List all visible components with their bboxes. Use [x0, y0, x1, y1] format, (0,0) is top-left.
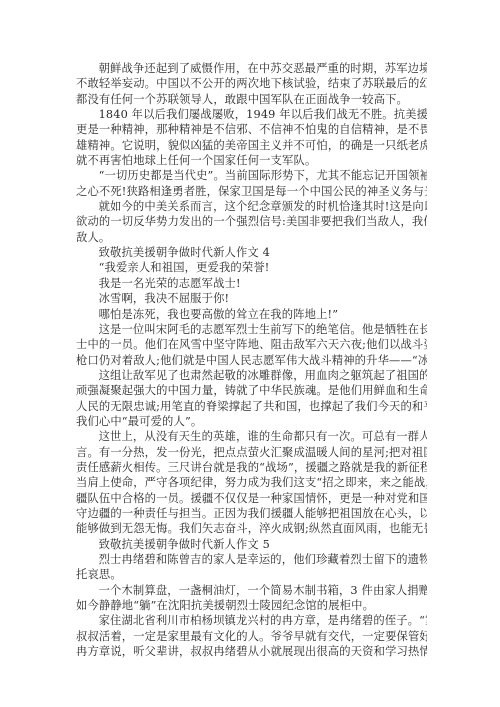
text-line: 更是一种精神，那种精神是不信邪、不信神不怕鬼的自信精神，是不畏强暴、敢于亮剑的英 — [76, 122, 427, 137]
text-line: 这世上，从没有天生的英雄，谁的生命都只有一次。可总有一群人，从未辜负自己的誓 — [76, 429, 427, 444]
section-title: 致敬抗美援朝争做时代新人作文 5 — [76, 537, 427, 552]
paragraph: 这世上，从没有天生的英雄，谁的生命都只有一次。可总有一群人，从未辜负自己的誓言。… — [76, 429, 427, 536]
text-line: “我爱亲人和祖国，更爱我的荣誉! — [99, 260, 427, 275]
text-line: 人民的无限忠诚;用笔直的脊梁撑起了共和国，也撑起了我们今天的和平与安宁。他们就是 — [76, 399, 427, 414]
text-line: 烈士冉绪碧和陈曾吉的家人是幸运的，他们珍藏着烈士留下的遗物，可以睹物思人，寄 — [76, 552, 427, 567]
text-line: 责任感薪火相传。三尺讲台就是我的“战场”，援疆之路就是我的新征程。秉承援疆初心，… — [76, 460, 427, 475]
text-line: 就如今的中美关系而言，这个纪念章颁发的时机恰逢其时!这是向以美国为首的、蠢蠢 — [76, 199, 427, 214]
text-line: 朝鲜战争还起到了威慑作用，在中苏交恶最严重的时期，苏军边境陈兵百万中苏境，都 — [76, 61, 427, 76]
paragraph: 就如今的中美关系而言，这个纪念章颁发的时机恰逢其时!这是向以美国为首的、蠢蠢欲动… — [76, 199, 427, 245]
text-line: 叔叔活着，一定是家里最有文化的人。爷爷早就有交代，一定要保管好叔叔的这 3 件遗… — [76, 629, 427, 644]
text-line: 家住湖北省利川市柏杨坝镇龙兴村的冉方章，是冉绪碧的侄子。“家里老人都说，如果 — [76, 613, 427, 628]
section-title: 致敬抗美援朝争做时代新人作文 4 — [76, 245, 427, 260]
text-line: 守边疆的一种责任与担当。正因为我们援疆人能够把祖国放在心头，以祖国的利益为重，才 — [76, 506, 427, 521]
text-line: 士中的一员。他们在风雪中坚守阵地、阻击敌军六天六夜;他们以战斗姿势冻死在战壕里， — [76, 337, 427, 352]
text-line: 不敢轻举妄动。中国以不公开的两次地下核试验，结束了苏联最后的幻想。直到前苏联解体… — [76, 76, 427, 91]
text-line: 雄精神。它说明，貌似凶猛的美帝国主义并不可怕，的确是一只纸老虎。中国人从那时开始… — [76, 138, 427, 153]
text-line: 如今静静地“躺”在沈阳抗美援朝烈士陵园纪念馆的展柜中。 — [76, 598, 427, 613]
text-line: 能够做到无怨无悔。我们矢志奋斗，淬火成钢;纵然直面风雨，也能无畏坚强! — [76, 521, 427, 536]
document-page: 朝鲜战争还起到了威慑作用，在中苏交恶最严重的时期，苏军边境陈兵百万中苏境，都不敢… — [76, 61, 427, 659]
text-line: 托哀思。 — [76, 567, 427, 582]
text-line: 这是一位叫宋阿毛的志愿军烈士生前写下的绝笔信。他是牺牲在长津湖战场上 129 名… — [76, 322, 427, 337]
paragraph: 烈士冉绪碧和陈曾吉的家人是幸运的，他们珍藏着烈士留下的遗物，可以睹物思人，寄托哀… — [76, 552, 427, 583]
text-line: 我们心中“最可爱的人”。 — [76, 414, 427, 429]
text-line: 致敬抗美援朝争做时代新人作文 5 — [99, 537, 427, 552]
text-line: 枪口仍对着敌人;他们就是中国人民志愿军伟大战斗精神的升华——“冰雕连”! — [76, 353, 427, 368]
text-line: 当肩上使命，严守各项纪律，努力成为我们这支“招之即来，来之能战，战之能胜”的本溪… — [76, 475, 427, 490]
paragraph: 家住湖北省利川市柏杨坝镇龙兴村的冉方章，是冉绪碧的侄子。“家里老人都说，如果叔叔… — [76, 613, 427, 659]
text-line: 敌人。 — [76, 230, 427, 245]
paragraph: 朝鲜战争还起到了威慑作用，在中苏交恶最严重的时期，苏军边境陈兵百万中苏境，都不敢… — [76, 61, 427, 107]
text-line: 1840 年以后我们屡战屡败，1949 年以后我们战无不胜。抗美援朝不仅仅是一场… — [76, 107, 427, 122]
text-line: “一切历史都是当代史”。当前国际形势下，尤其不能忘记开国领袖的话:帝国主义亡我 — [76, 168, 427, 183]
paragraph: 这组让敌军见了也肃然起敬的冰雕群像，用血肉之躯筑起了祖国的钢铁长城;用坚毅与顽强… — [76, 368, 427, 429]
text-line: 我是一名光荣的志愿军战士! — [99, 276, 427, 291]
paragraph: 这是一位叫宋阿毛的志愿军烈士生前写下的绝笔信。他是牺牲在长津湖战场上 129 名… — [76, 322, 427, 368]
paragraph: 一个木制算盘，一盏桐油灯，一个简易木制书箱，3 件由家人捐赠的冉绪碧烈士的遗物，… — [76, 583, 427, 614]
text-line: 冉方章说，听父辈讲，叔叔冉绪碧从小就展现出很高的天资和学习热情。为支持他读书，在 — [76, 644, 427, 659]
text-line: 这组让敌军见了也肃然起敬的冰雕群像，用血肉之躯筑起了祖国的钢铁长城;用坚毅与 — [76, 368, 427, 383]
text-line: 致敬抗美援朝争做时代新人作文 4 — [99, 245, 427, 260]
text-line: 就不再害怕地球上任何一个国家任何一支军队。 — [76, 153, 427, 168]
paragraph: 1840 年以后我们屡战屡败，1949 年以后我们战无不胜。抗美援朝不仅仅是一场… — [76, 107, 427, 168]
text-line: 欲动的一切反华势力发出的一个强烈信号:美国非要把我们当敌人，我们一定要做个合格的 — [76, 214, 427, 229]
text-line: 之心不死!狭路相逢勇者胜，保家卫国是每一个中国公民的神圣义务与光荣使命! — [76, 184, 427, 199]
text-line: 顽强凝聚起强大的中国力量，铸就了中华民族魂。是他们用鲜血和生命证实了自己对祖国和 — [76, 383, 427, 398]
text-line: 都没有任何一个苏联领导人，敢跟中国军队在正面战争一较高下。 — [76, 92, 427, 107]
text-line: 言。有一分热，发一份光，把点点萤火汇聚成温暖人间的星河;把对祖国和人民的使命感、 — [76, 445, 427, 460]
text-line: 冰雪啊，我决不屈服于你! — [99, 291, 427, 306]
paragraph: “一切历史都是当代史”。当前国际形势下，尤其不能忘记开国领袖的话:帝国主义亡我之… — [76, 168, 427, 199]
text-line: 一个木制算盘，一盏桐油灯，一个简易木制书箱，3 件由家人捐赠的冉绪碧烈士的遗物， — [76, 583, 427, 598]
text-line: 疆队伍中合格的一员。援疆不仅仅是一种家国情怀，更是一种对党和国家的忠诚，是我们驻 — [76, 491, 427, 506]
text-line: 哪怕是冻死，我也要高傲的耸立在我的阵地上!” — [99, 307, 427, 322]
poem-block: “我爱亲人和祖国，更爱我的荣誉!我是一名光荣的志愿军战士!冰雪啊，我决不屈服于你… — [76, 260, 427, 321]
